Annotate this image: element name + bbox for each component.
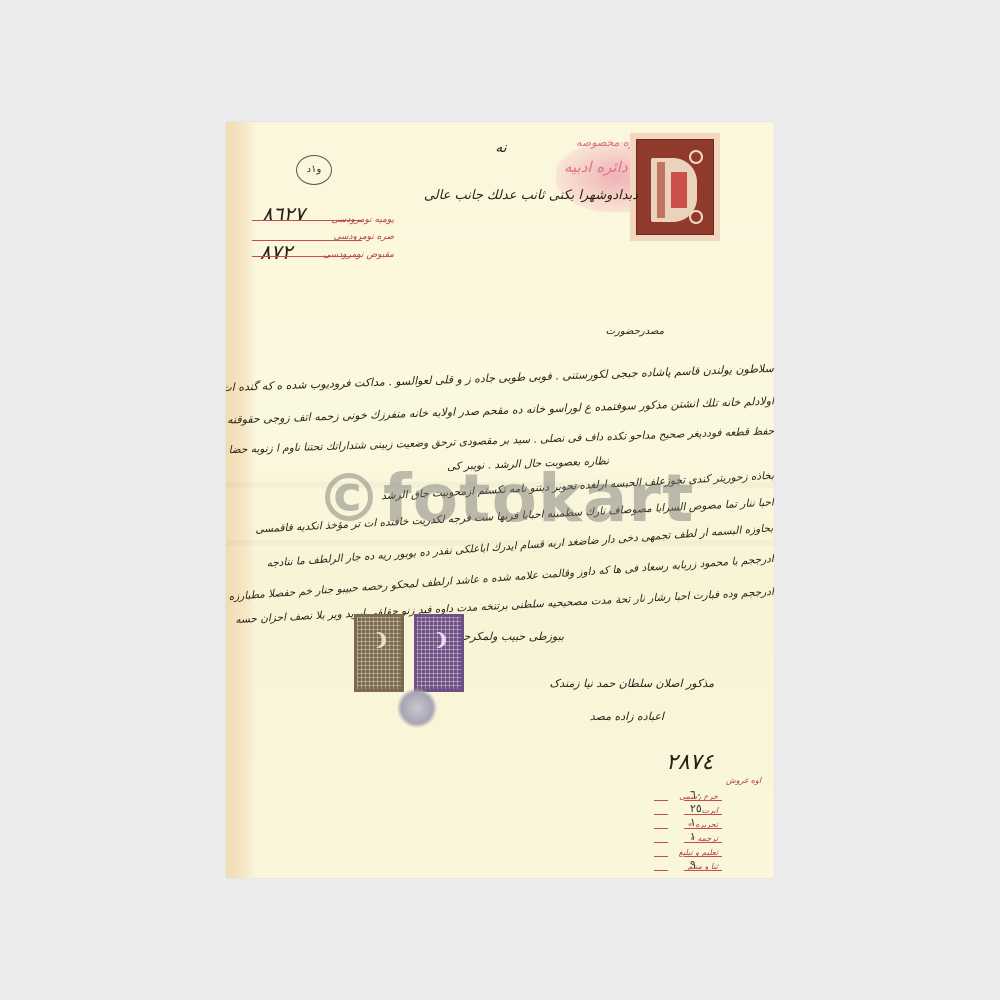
fee-row: خرج رسمی٦٠ bbox=[644, 792, 774, 805]
revenue-stamp-purple bbox=[414, 614, 464, 692]
fee-value: ١ bbox=[690, 830, 696, 843]
body-line: اولادلم خانه تلك انشتن مذكور سوفتمده ع ل… bbox=[227, 394, 774, 426]
fee-value: ١ bbox=[690, 816, 696, 829]
salutation: مصدرحضورت bbox=[606, 326, 664, 337]
watermark: ©fotokart bbox=[316, 460, 694, 537]
fee-row: « تحریره١ bbox=[644, 820, 774, 833]
top-mark: نه bbox=[486, 140, 516, 156]
ledger-strike-1 bbox=[252, 220, 362, 221]
body-line: سلاطون يولندن قاسم پاشاده جبجی لکورستنی … bbox=[226, 362, 774, 395]
fee-number: ٢٨٧٤ bbox=[666, 750, 713, 775]
body-line: حفظ قطعه فوددیغر صحیح مداحو تکده داف فی … bbox=[226, 425, 774, 459]
circled-number: و۱د bbox=[296, 155, 332, 185]
address-line: دبدادوشهرا بكنی ثانب عدلك جانب عالی bbox=[424, 188, 638, 203]
ledger-value-1: ٨٦٢٧ bbox=[262, 202, 305, 226]
fee-value: ٢٥ bbox=[690, 802, 702, 815]
document-page: نه و۱د دائره مخصوصه دائره ادبیه دبدادوشه… bbox=[226, 122, 774, 878]
ledger-strike-3 bbox=[252, 256, 362, 257]
revenue-stamp-brown bbox=[354, 614, 404, 692]
paper-fold bbox=[226, 122, 256, 878]
fee-row: ابرت٢٥ bbox=[644, 806, 774, 819]
fee-value: ٦٠ bbox=[690, 788, 702, 801]
signature-line-1: مذکور اصلان سلطان حمد نیا زمندک bbox=[549, 677, 714, 690]
round-postmark bbox=[397, 688, 437, 728]
fee-row: ثنا و منتم٩ bbox=[644, 862, 774, 875]
ledger-value-3: ٨٧٢ bbox=[260, 240, 292, 264]
fee-value: ٩ bbox=[690, 858, 696, 871]
fee-row: تعلیم و تبلیغ bbox=[644, 848, 774, 861]
revenue-stamp-top bbox=[630, 133, 720, 241]
seal-text-main: دائره ادبیه bbox=[564, 158, 628, 176]
ledger-label-3: مقبوض نومرودسی bbox=[323, 250, 394, 260]
signature-line-2: اعباده زاده مصد bbox=[590, 710, 664, 723]
fee-row: « ترجمه١ bbox=[644, 834, 774, 847]
fee-header: اوه غروش bbox=[726, 776, 761, 785]
